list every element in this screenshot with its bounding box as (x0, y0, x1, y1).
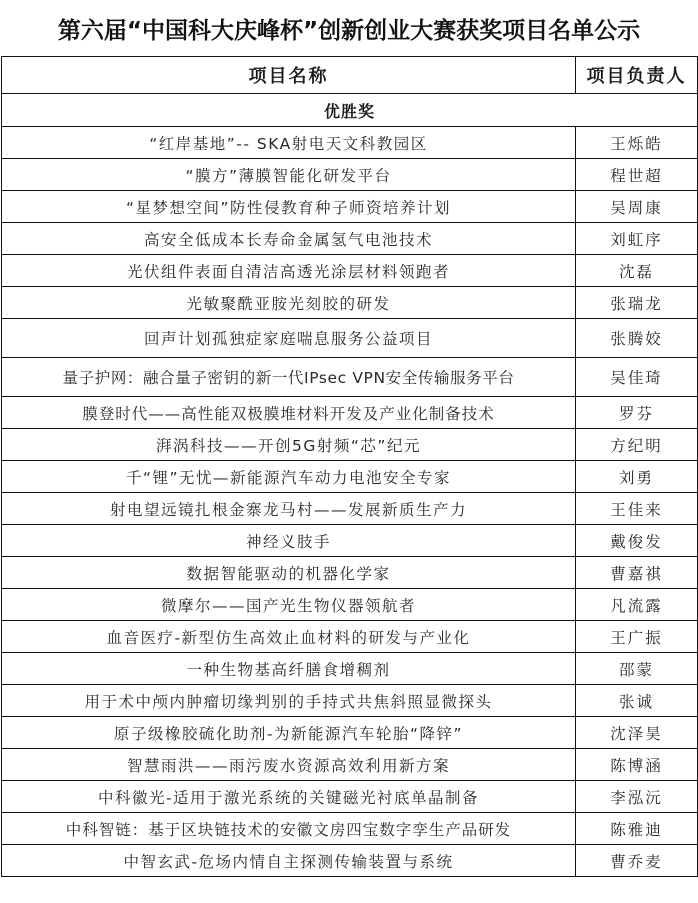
project-lead: 凡流露 (576, 589, 698, 621)
project-name: 用于术中颅内肿瘤切缘判别的手持式共焦斜照显微探头 (2, 685, 576, 717)
project-lead: 沈泽昊 (576, 717, 698, 749)
project-lead: 王烁皓 (576, 127, 698, 159)
table-row: 高安全低成本长寿命金属氢气电池技术刘虹序 (2, 223, 698, 255)
table-row: 千“锂”无忧—新能源汽车动力电池安全专家刘勇 (2, 461, 698, 493)
document-title: 第六届“中国科大庆峰杯”创新创业大赛获奖项目名单公示 (0, 0, 698, 56)
project-lead: 曹乔麦 (576, 845, 698, 877)
project-name: 中科智链：基于区块链技术的安徽文房四宝数字孪生产品研发 (2, 813, 576, 845)
table-row: 回声计划孤独症家庭喘息服务公益项目张腾姣 (2, 319, 698, 358)
table-row: 膜登时代——高性能双极膜堆材料开发及产业化制备技术罗芬 (2, 397, 698, 429)
award-section-row: 优胜奖 (2, 94, 698, 127)
table-row: 量子护网：融合量子密钥的新一代IPsec VPN安全传输服务平台吴佳琦 (2, 358, 698, 397)
award-list-table: 项目名称 项目负责人 优胜奖 “红岸基地”-- SKA射电天文科教园区王烁皓 “… (1, 56, 698, 877)
project-name: 湃涡科技——开创5G射频“芯”纪元 (2, 429, 576, 461)
project-lead: 李泓沅 (576, 781, 698, 813)
project-name: “红岸基地”-- SKA射电天文科教园区 (2, 127, 576, 159)
project-lead: 吴周康 (576, 191, 698, 223)
project-name: 微摩尔——国产光生物仪器领航者 (2, 589, 576, 621)
project-lead: 吴佳琦 (576, 358, 698, 397)
project-lead: 罗芬 (576, 397, 698, 429)
project-name: 量子护网：融合量子密钥的新一代IPsec VPN安全传输服务平台 (2, 358, 576, 397)
project-lead: 张腾姣 (576, 319, 698, 358)
project-name: 回声计划孤独症家庭喘息服务公益项目 (2, 319, 576, 358)
project-lead: 方纪明 (576, 429, 698, 461)
award-section-label: 优胜奖 (2, 94, 698, 127)
project-lead: 张瑞龙 (576, 287, 698, 319)
project-name: 高安全低成本长寿命金属氢气电池技术 (2, 223, 576, 255)
project-name: 射电望远镜扎根金寨龙马村——发展新质生产力 (2, 493, 576, 525)
project-lead: 王佳来 (576, 493, 698, 525)
project-lead: 沈磊 (576, 255, 698, 287)
project-lead: 戴俊发 (576, 525, 698, 557)
project-name: 光敏聚酰亚胺光刻胶的研发 (2, 287, 576, 319)
project-lead: 刘勇 (576, 461, 698, 493)
project-name: 神经义肢手 (2, 525, 576, 557)
table-row: 血音医疗-新型仿生高效止血材料的研发与产业化王广振 (2, 621, 698, 653)
table-row: 中科徽光-适用于激光系统的关键磁光衬底单晶制备李泓沅 (2, 781, 698, 813)
table-row: 射电望远镜扎根金寨龙马村——发展新质生产力王佳来 (2, 493, 698, 525)
project-name: “星梦想空间”防性侵教育种子师资培养计划 (2, 191, 576, 223)
table-row: 神经义肢手戴俊发 (2, 525, 698, 557)
table-row: 湃涡科技——开创5G射频“芯”纪元方纪明 (2, 429, 698, 461)
project-name: 智慧雨洪——雨污废水资源高效利用新方案 (2, 749, 576, 781)
table-row: 光伏组件表面自清洁高透光涂层材料领跑者沈磊 (2, 255, 698, 287)
table-row: 智慧雨洪——雨污废水资源高效利用新方案陈博涵 (2, 749, 698, 781)
column-header-project-name: 项目名称 (2, 57, 576, 94)
table-row: “膜方”薄膜智能化研发平台程世超 (2, 159, 698, 191)
project-name: 一种生物基高纤膳食增稠剂 (2, 653, 576, 685)
project-name: 中智玄武-危场内情自主探测传输装置与系统 (2, 845, 576, 877)
project-lead: 陈博涵 (576, 749, 698, 781)
table-row: 用于术中颅内肿瘤切缘判别的手持式共焦斜照显微探头张诚 (2, 685, 698, 717)
project-name: “膜方”薄膜智能化研发平台 (2, 159, 576, 191)
project-lead: 邵蒙 (576, 653, 698, 685)
table-row: 一种生物基高纤膳食增稠剂邵蒙 (2, 653, 698, 685)
project-name: 中科徽光-适用于激光系统的关键磁光衬底单晶制备 (2, 781, 576, 813)
project-lead: 曹嘉祺 (576, 557, 698, 589)
table-row: “星梦想空间”防性侵教育种子师资培养计划吴周康 (2, 191, 698, 223)
project-name: 原子级橡胶硫化助剂-为新能源汽车轮胎“降锌” (2, 717, 576, 749)
table-row: 中智玄武-危场内情自主探测传输装置与系统曹乔麦 (2, 845, 698, 877)
table-row: 原子级橡胶硫化助剂-为新能源汽车轮胎“降锌”沈泽昊 (2, 717, 698, 749)
project-lead: 程世超 (576, 159, 698, 191)
project-name: 血音医疗-新型仿生高效止血材料的研发与产业化 (2, 621, 576, 653)
project-lead: 刘虹序 (576, 223, 698, 255)
table-header-row: 项目名称 项目负责人 (2, 57, 698, 94)
table-row: 中科智链：基于区块链技术的安徽文房四宝数字孪生产品研发陈雅迪 (2, 813, 698, 845)
project-name: 数据智能驱动的机器化学家 (2, 557, 576, 589)
column-header-project-lead: 项目负责人 (576, 57, 698, 94)
table-row: “红岸基地”-- SKA射电天文科教园区王烁皓 (2, 127, 698, 159)
table-row: 数据智能驱动的机器化学家曹嘉祺 (2, 557, 698, 589)
table-row: 光敏聚酰亚胺光刻胶的研发张瑞龙 (2, 287, 698, 319)
table-row: 微摩尔——国产光生物仪器领航者凡流露 (2, 589, 698, 621)
project-lead: 王广振 (576, 621, 698, 653)
project-lead: 张诚 (576, 685, 698, 717)
project-name: 光伏组件表面自清洁高透光涂层材料领跑者 (2, 255, 576, 287)
project-lead: 陈雅迪 (576, 813, 698, 845)
project-name: 膜登时代——高性能双极膜堆材料开发及产业化制备技术 (2, 397, 576, 429)
project-name: 千“锂”无忧—新能源汽车动力电池安全专家 (2, 461, 576, 493)
